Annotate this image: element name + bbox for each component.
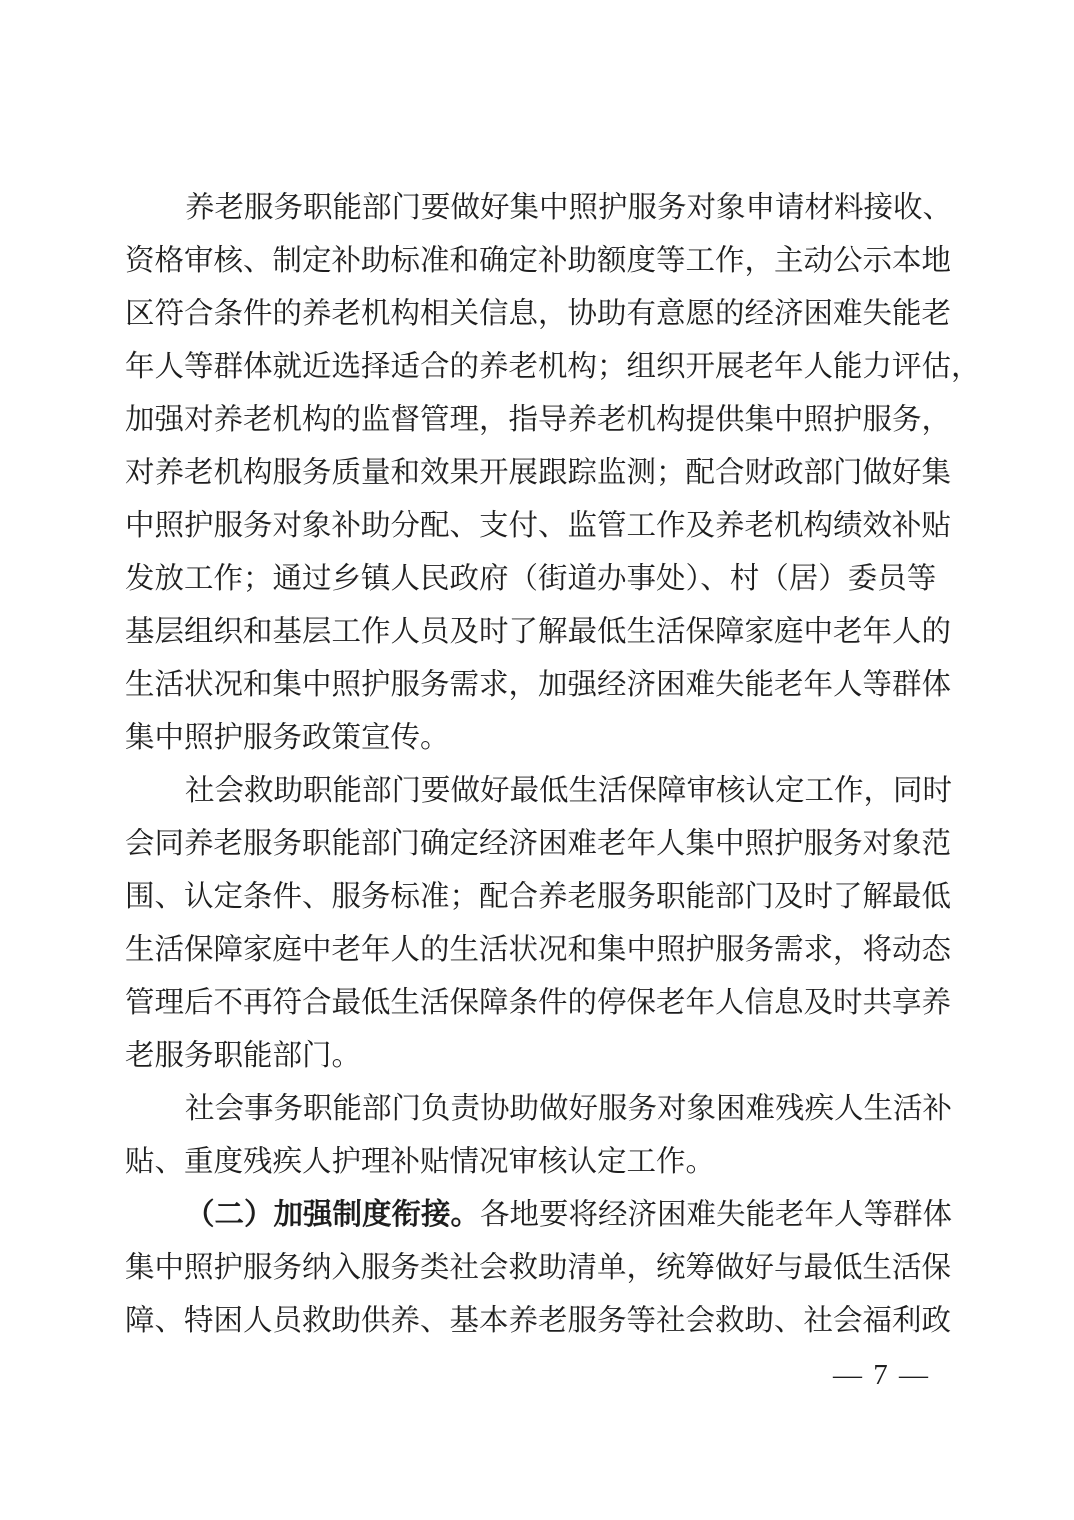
text-line: 围、认定条件、服务标准；配合养老服务职能部门及时了解最低 xyxy=(125,871,955,924)
text-line: 集中照护服务纳入服务类社会救助清单，统筹做好与最低生活保 xyxy=(125,1242,955,1295)
text-line: 集中照护服务政策宣传。 xyxy=(125,712,955,765)
text-line: 年人等群体就近选择适合的养老机构；组织开展老年人能力评估， xyxy=(125,341,955,394)
text-line: 障、特困人员救助供养、基本养老服务等社会救助、社会福利政 xyxy=(125,1295,955,1348)
text-line: 生活保障家庭中老年人的生活状况和集中照护服务需求，将动态 xyxy=(125,924,955,977)
text-line: 资格审核、制定补助标准和确定补助额度等工作，主动公示本地 xyxy=(125,235,955,288)
text-line: 生活状况和集中照护服务需求，加强经济困难失能老年人等群体 xyxy=(125,659,955,712)
document-page: 养老服务职能部门要做好集中照护服务对象申请材料接收、 资格审核、制定补助标准和确… xyxy=(0,0,1074,1520)
subheading-rest-text: 各地要将经济困难失能老年人等群体 xyxy=(480,1199,952,1231)
text-line: 中照护服务对象补助分配、支付、监管工作及养老机构绩效补贴 xyxy=(125,500,955,553)
text-line: 发放工作；通过乡镇人民政府（街道办事处）、村（居）委员等 xyxy=(125,553,955,606)
text-line: 管理后不再符合最低生活保障条件的停保老年人信息及时共享养 xyxy=(125,977,955,1030)
text-line: 老服务职能部门。 xyxy=(125,1030,955,1083)
text-line: 养老服务职能部门要做好集中照护服务对象申请材料接收、 xyxy=(125,182,955,235)
text-line: 社会救助职能部门要做好最低生活保障审核认定工作，同时 xyxy=(125,765,955,818)
text-line: 会同养老服务职能部门确定经济困难老年人集中照护服务对象范 xyxy=(125,818,955,871)
text-line: 贴、重度残疾人护理补贴情况审核认定工作。 xyxy=(125,1136,955,1189)
text-line: 社会事务职能部门负责协助做好服务对象困难残疾人生活补 xyxy=(125,1083,955,1136)
text-line: 加强对养老机构的监督管理，指导养老机构提供集中照护服务， xyxy=(125,394,955,447)
text-line-subheading: （二）加强制度衔接。各地要将经济困难失能老年人等群体 xyxy=(125,1189,955,1242)
document-text-block: 养老服务职能部门要做好集中照护服务对象申请材料接收、 资格审核、制定补助标准和确… xyxy=(125,182,955,1348)
page-number: — 7 — xyxy=(0,1358,930,1392)
text-line: 对养老机构服务质量和效果开展跟踪监测；配合财政部门做好集 xyxy=(125,447,955,500)
text-line: 区符合条件的养老机构相关信息，协助有意愿的经济困难失能老 xyxy=(125,288,955,341)
subheading-bold-text: （二）加强制度衔接。 xyxy=(185,1199,480,1231)
text-line: 基层组织和基层工作人员及时了解最低生活保障家庭中老年人的 xyxy=(125,606,955,659)
